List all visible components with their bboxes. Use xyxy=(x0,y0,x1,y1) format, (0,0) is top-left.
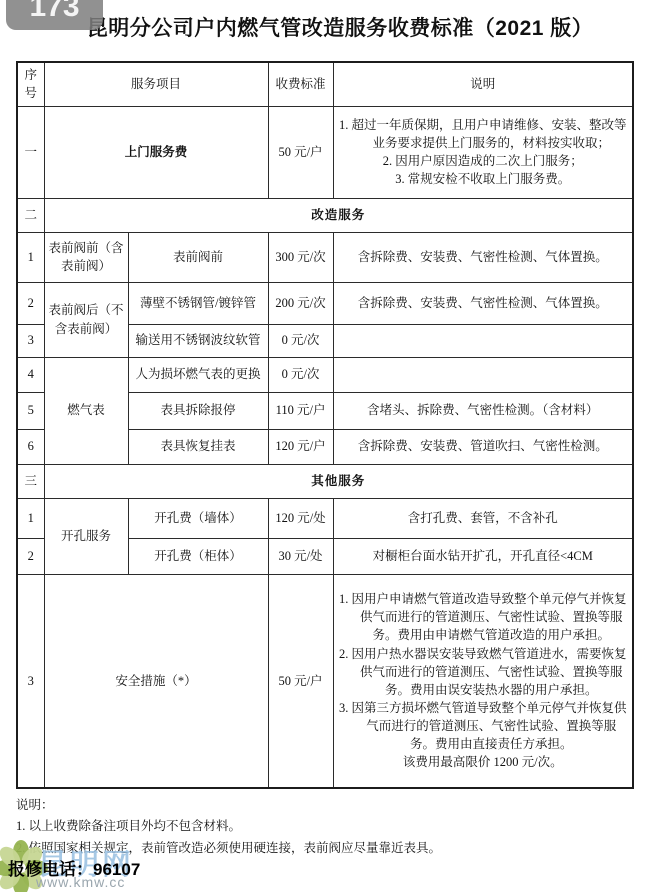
cell-fee: 110 元/户 xyxy=(268,392,333,429)
cell-note-empty xyxy=(333,324,633,357)
cell-group: 表前阀前（含表前阀） xyxy=(44,232,128,282)
table-row: 3 安全措施（*） 50 元/户 1. 因用户申请燃气管道改造导致整个单元停气并… xyxy=(17,574,633,788)
repair-hotline: 报修电话：96107 xyxy=(8,855,140,880)
cell-note: 含拆除费、安装费、气密性检测、气体置换。 xyxy=(333,282,633,324)
cell-seq: 1 xyxy=(17,232,44,282)
document-page: 昆明分公司户内燃气管改造服务收费标准（2021 版） 173 序号 服务项目 收… xyxy=(0,0,662,892)
header-fee: 收费标准 xyxy=(268,62,333,106)
cell-group: 开孔服务 xyxy=(44,498,128,574)
cell-seq: 6 xyxy=(17,429,44,464)
header-seq: 序号 xyxy=(17,62,44,106)
cell-note: 含堵头、拆除费、气密性检测。（含材料） xyxy=(333,392,633,429)
cell-seq: 2 xyxy=(17,538,44,574)
cell-item: 薄壁不锈钢管/镀锌管 xyxy=(128,282,268,324)
table-row: 4 燃气表 人为损坏燃气表的更换 0 元/次 xyxy=(17,357,633,392)
cell-note-empty xyxy=(333,357,633,392)
section-header-row: 三 其他服务 xyxy=(17,464,633,498)
cell-note: 1. 因用户申请燃气管道改造导致整个单元停气并恢复供气而进行的管道测压、气密性试… xyxy=(333,574,633,788)
page-number-badge: 173 xyxy=(6,0,103,30)
page-number-label: 173 xyxy=(29,0,79,24)
section-title: 其他服务 xyxy=(44,464,633,498)
cell-seq: 一 xyxy=(17,106,44,198)
cell-fee: 50 元/户 xyxy=(268,574,333,788)
note-line: 3. 常规安检不收取上门服务费。 xyxy=(338,170,629,188)
cell-fee: 200 元/次 xyxy=(268,282,333,324)
cell-service: 上门服务费 xyxy=(44,106,268,198)
section-header-row: 二 改造服务 xyxy=(17,198,633,232)
note-line: 1. 因用户申请燃气管道改造导致整个单元停气并恢复供气而进行的管道测压、气密性试… xyxy=(338,590,629,644)
table-row: 1 开孔服务 开孔费（墙体） 120 元/处 含打孔费、套管，不含补孔 xyxy=(17,498,633,538)
header-note: 说明 xyxy=(333,62,633,106)
cell-note: 含打孔费、套管，不含补孔 xyxy=(333,498,633,538)
note-line: 2. 因用户热水器误安装导致燃气管道进水，需要恢复供气而进行的管道测压、气密性试… xyxy=(338,645,629,699)
cell-item: 安全措施（*） xyxy=(44,574,268,788)
cell-item: 输送用不锈钢波纹软管 xyxy=(128,324,268,357)
table-header-row: 序号 服务项目 收费标准 说明 xyxy=(17,62,633,106)
cell-note: 含拆除费、安装费、管道吹扫、气密性检测。 xyxy=(333,429,633,464)
cell-note: 含拆除费、安装费、气密性检测、气体置换。 xyxy=(333,232,633,282)
cell-item: 表前阀前 xyxy=(128,232,268,282)
cell-seq: 1 xyxy=(17,498,44,538)
cell-group: 表前阀后（不含表前阀） xyxy=(44,282,128,357)
cell-seq: 2 xyxy=(17,282,44,324)
cell-fee: 300 元/次 xyxy=(268,232,333,282)
table-row: 一 上门服务费 50 元/户 1. 超过一年质保期，且用户申请维修、安装、整改等… xyxy=(17,106,633,198)
fee-table: 序号 服务项目 收费标准 说明 一 上门服务费 50 元/户 1. 超过一年质保… xyxy=(16,61,634,789)
table-row: 1 表前阀前（含表前阀） 表前阀前 300 元/次 含拆除费、安装费、气密性检测… xyxy=(17,232,633,282)
cell-seq: 三 xyxy=(17,464,44,498)
cell-note: 对橱柜台面水钻开扩孔，开孔直径<4CM xyxy=(333,538,633,574)
cell-seq: 3 xyxy=(17,324,44,357)
cell-fee: 50 元/户 xyxy=(268,106,333,198)
cell-seq: 5 xyxy=(17,392,44,429)
cell-item: 开孔费（墙体） xyxy=(128,498,268,538)
header-service: 服务项目 xyxy=(44,62,268,106)
footnotes-label: 说明： xyxy=(16,796,441,815)
cell-fee: 30 元/处 xyxy=(268,538,333,574)
note-line: 2. 因用户原因造成的二次上门服务； xyxy=(338,152,629,170)
note-line: 1. 超过一年质保期，且用户申请维修、安装、整改等业务要求提供上门服务的，材料按… xyxy=(338,116,629,152)
cell-seq: 二 xyxy=(17,198,44,232)
note-line: 该费用最高限价 1200 元/次。 xyxy=(338,753,629,771)
cell-group: 燃气表 xyxy=(44,357,128,464)
cell-fee: 0 元/次 xyxy=(268,357,333,392)
footnote-item: 1. 以上收费除备注项目外均不包含材料。 xyxy=(16,817,441,836)
cell-seq: 3 xyxy=(17,574,44,788)
cell-item: 表具恢复挂表 xyxy=(128,429,268,464)
cell-fee: 120 元/处 xyxy=(268,498,333,538)
table-row: 2 表前阀后（不含表前阀） 薄壁不锈钢管/镀锌管 200 元/次 含拆除费、安装… xyxy=(17,282,633,324)
cell-fee: 0 元/次 xyxy=(268,324,333,357)
cell-item: 表具拆除报停 xyxy=(128,392,268,429)
section-title: 改造服务 xyxy=(44,198,633,232)
cell-item: 人为损坏燃气表的更换 xyxy=(128,357,268,392)
cell-seq: 4 xyxy=(17,357,44,392)
cell-item: 开孔费（柜体） xyxy=(128,538,268,574)
cell-note: 1. 超过一年质保期，且用户申请维修、安装、整改等业务要求提供上门服务的，材料按… xyxy=(333,106,633,198)
note-line: 3. 因第三方损坏燃气管道导致整个单元停气并恢复供气而进行的管道测压、气密性试验… xyxy=(338,699,629,753)
cell-fee: 120 元/户 xyxy=(268,429,333,464)
